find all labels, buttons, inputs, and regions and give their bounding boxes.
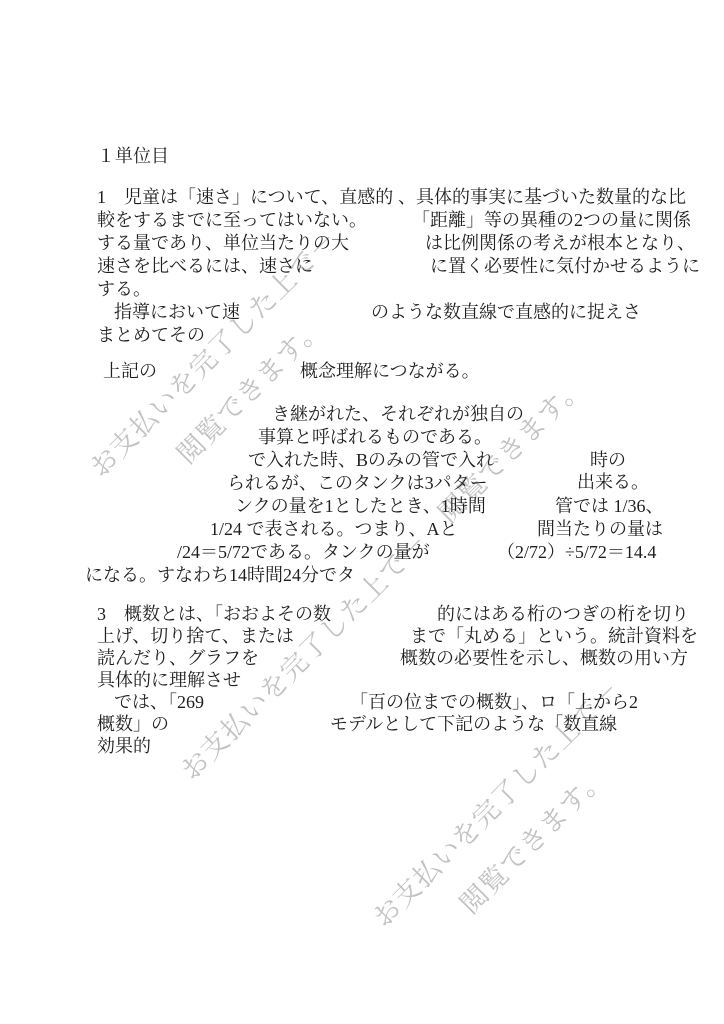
text-fragment: まで「丸める」という。統計資料を [410,627,698,645]
text-fragment: /24＝5/72である。タンクの量が [177,543,430,561]
text-fragment: 3 概数とは、「おおよその数 [97,605,331,623]
text-fragment: まとめてその [97,326,205,344]
text-fragment: （2/72）÷5/72＝14.4 [497,543,656,561]
text-fragment: 上記の [103,362,157,380]
text-fragment: 較をするまでに至ってはいない。 [97,211,367,229]
text-fragment: 具体的に理解させ [97,671,241,689]
document-text-layer: １単位目 1 児童は「速さ」について、直感的、具体的事実に基づいた数量的な比較を… [0,0,724,1024]
text-fragment: られるが、このタンクは3パター [227,474,488,492]
text-fragment: き継がれた、それぞれが独自の [272,405,524,423]
text-fragment: 「距離」等の異種の2つの量に関係 [412,211,691,229]
text-fragment: 上げ、切り捨て、または [97,627,294,645]
text-fragment: に置く必要性に気付かせるように [430,257,700,275]
text-fragment: 速さを比べるには、速さに [97,257,313,275]
text-fragment: ンクの量を1としたとき、1時間 [235,497,486,515]
text-fragment: 指導において速 [114,303,240,321]
text-fragment: 概念理解につながる。 [300,362,480,380]
text-fragment: 概数」の [97,715,169,733]
text-fragment: 的にはある桁のつぎの桁を切り [437,605,689,623]
text-fragment: する。 [97,280,151,298]
text-fragment: 時の [590,451,626,469]
text-fragment: 1/24 で表される。つまり、Aと [210,520,458,538]
text-fragment: 1 児童は「速さ」について、直感的 [97,188,393,206]
text-fragment: する量であり、単位当たりの大 [97,234,349,252]
text-fragment: 間当たりの量は [537,520,663,538]
text-fragment: 事算と呼ばれるものである。 [258,428,492,446]
text-fragment: 効果的 [97,737,151,755]
page-title: １単位目 [97,147,169,165]
document-page: お支払いを完了した上で－ 閲覧できます。 お支払いを完了した上で－ 閲覧できます… [0,0,724,1024]
text-fragment: 出来る。 [577,473,649,491]
text-fragment: 読んだり、グラフを [97,649,259,667]
text-fragment: 概数の必要性を示し、概数の用い方 [400,649,688,667]
text-fragment: で入れた時、Bのみの管で入れ [248,451,494,469]
text-fragment: モデルとして下記のような「数直線 [330,715,617,733]
text-fragment: 管では 1/36、 [555,497,664,515]
text-fragment: では、「269 [114,693,204,711]
text-fragment: になる。すなわち14時間24分でタ [85,566,355,584]
text-fragment: のような数直線で直感的に捉えさ [371,303,641,321]
text-fragment: 「百の位までの概数」、ロ「上から2 [350,693,638,711]
text-fragment: 、具体的事実に基づいた数量的な比 [398,188,686,206]
text-fragment: は比例関係の考えが根本となり、 [425,234,695,252]
